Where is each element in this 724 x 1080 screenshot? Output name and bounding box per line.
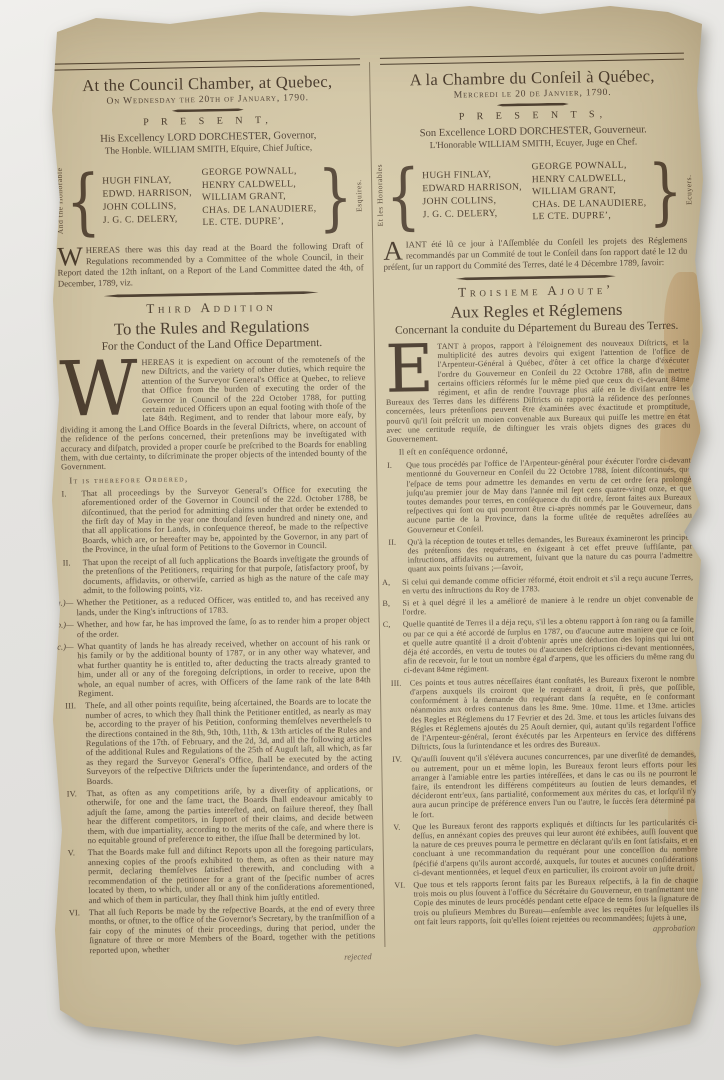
article-number: A, [382, 577, 390, 586]
article-number: I. [61, 489, 66, 498]
article-item: VI.That all ſuch Reports be made by the … [69, 903, 376, 955]
honorable-side-label: And the Honorable [55, 168, 65, 235]
article-number: II. [388, 538, 396, 547]
article-item: a.)—Whether the Petitioner, as a reduced… [63, 594, 369, 618]
article-item: VI.Que tous et tels rapports ſeront fait… [394, 875, 699, 926]
member-name: CHAs. DE LANAUDIERE, [532, 197, 646, 212]
article-number: a.)— [56, 599, 73, 609]
top-rule [54, 58, 360, 70]
council-members-block: Et les Honorables { HUGH FINLAY,EDWARD H… [382, 150, 687, 235]
body-paragraph: WHEREAS it is expedient on account of th… [59, 354, 367, 472]
member-name: J. G. C. DELERY, [103, 212, 193, 227]
preamble-paragraph: AIANT été lû ce jour à l'Aſſemblée du Co… [383, 234, 688, 272]
article-item: V.Que les Bureaux feront des rapports ex… [393, 817, 698, 878]
names-divider [196, 168, 197, 230]
article-text: Whether, and how far, he has improved th… [77, 615, 370, 639]
section-rule [104, 291, 319, 298]
article-text: That all ſuch Reports be made by the reſ… [89, 903, 376, 955]
council-members-right: GEORGE POWNALL,HENRY CALDWELL,WILLIAM GR… [201, 165, 316, 230]
column-french: A la Chambre du Conſeil à Québec, Mercre… [380, 53, 699, 938]
article-text: Qu'auſſi ſouvent qu'il s'élévera aucunes… [411, 750, 697, 819]
article-item: V.That the Boards make full and diſtinct… [68, 844, 375, 906]
article-item: III.Theſe, and all other points requiſit… [65, 697, 372, 787]
article-number: VI. [394, 881, 405, 890]
section-rule [172, 108, 244, 112]
articles-list: I.Que tous procédés par l'office de l'Ar… [387, 456, 699, 927]
member-name: LE CTE. DUPRE’, [532, 210, 646, 225]
present-heading: P R E S E N T, [55, 113, 361, 130]
honorable-side-label: Et les Honorables [375, 164, 385, 227]
document-page: At the Council Chamber, at Quebec, On We… [0, 0, 724, 1080]
article-text: Quelle quantité de Terres il a déja reçu… [403, 615, 695, 675]
dropcap: W [57, 245, 86, 267]
dropcap: E [385, 342, 438, 395]
preamble-text: HEREAS there was this day read at the Bo… [58, 240, 364, 288]
ecuyers-side-label: Ecuyers. [684, 175, 694, 206]
article-text: Theſe, and all other points requiſite, b… [85, 697, 372, 786]
article-number: II. [63, 558, 71, 568]
article-item: III.Ces points et tous autres néceſſaire… [391, 673, 696, 752]
article-text: Si et à quel dégré il les a amélioré de … [402, 594, 693, 617]
article-text: Qu'à la réception de toutes et telles de… [407, 532, 692, 574]
member-name: EDWD. HARRISON, [102, 186, 192, 201]
member-name: J. G. C. DELERY, [423, 206, 523, 221]
article-number: IV. [392, 755, 402, 764]
article-item: IV.Qu'auſſi ſouvent qu'il s'élévera aucu… [392, 750, 697, 820]
article-text: That all proceedings by the Surveyor Gen… [81, 484, 368, 554]
article-number: III. [391, 678, 402, 687]
article-number: C, [383, 620, 391, 629]
page-content: At the Council Chamber, at Quebec, On We… [0, 0, 724, 1080]
article-item: II.That upon the receipt of all ſuch app… [63, 553, 370, 596]
left-brace: { [386, 159, 422, 232]
council-members-left: HUGH FINLAY,EDWARD HARRISON,JOHN COLLINS… [422, 167, 523, 221]
article-text: Que tous et tels rapports ſeront faits p… [413, 875, 699, 926]
article-number: III. [65, 702, 76, 712]
article-number: IV. [67, 789, 77, 799]
preamble-text: IANT été lû ce jour à l'Aſſemblée du Con… [383, 234, 687, 271]
left-brace: { [66, 164, 102, 237]
article-text: That upon the receipt of all ſuch applic… [83, 553, 369, 595]
member-name: CHAs. DE LANAUDIERE, [202, 203, 316, 218]
article-item: I.Que tous procédés par l'office de l'Ar… [387, 456, 692, 535]
article-text: Que tous procédés par l'office de l'Arpe… [406, 456, 692, 534]
dropcap: A [383, 239, 406, 261]
article-item: c.)—What quantity of lands he has alread… [64, 637, 371, 699]
member-name: LE. CTE. DUPRE’, [202, 216, 316, 231]
article-text: Whether the Petitioner, as a reduced Off… [76, 594, 369, 618]
article-number: V. [393, 822, 400, 831]
article-item: B,Si et à quel dégré il les a amélioré d… [389, 594, 693, 618]
article-text: Ces points et tous autres néceſſaires ét… [410, 673, 696, 751]
article-number: b.)— [57, 621, 74, 631]
article-text: What quantity of lands he has already re… [77, 637, 371, 698]
present-heading: P R E S E N T S, [381, 107, 685, 124]
article-item: IV.That, as often as any competitions ar… [67, 784, 374, 846]
paper-shadow: At the Council Chamber, at Quebec, On We… [0, 0, 724, 1080]
council-members-block: And the Honorable { HUGH FINLAY,EDWD. HA… [56, 156, 363, 241]
preamble-paragraph: WHEREAS there was this day read at the B… [57, 240, 364, 289]
top-rule [380, 53, 684, 65]
article-text: That, as often as any competitions ariſe… [87, 784, 374, 845]
esquires-side-label: Esquires. [354, 180, 364, 213]
names-divider [527, 162, 528, 224]
article-text: Que les Bureaux feront des rapports expl… [412, 817, 698, 877]
dropcap: W [59, 358, 142, 417]
right-brace: } [317, 160, 353, 233]
photo-background: At the Council Chamber, at Quebec, On We… [0, 0, 724, 1080]
article-text: Si celui qui demande comme officier réfo… [402, 572, 693, 595]
column-english: At the Council Chamber, at Quebec, On We… [54, 58, 376, 966]
articles-list: I.That all proceedings by the Surveyor G… [61, 484, 375, 955]
body-paragraph: ETANT à propos, rapport à l'éloignement … [385, 338, 691, 445]
article-item: II.Qu'à la réception de toutes et telles… [388, 532, 693, 574]
article-number: B, [382, 599, 390, 608]
article-text: That the Boards make full and diſtinct R… [88, 844, 375, 905]
article-item: b.)—Whether, and how far, he has improve… [64, 615, 370, 639]
article-item: C,Quelle quantité de Terres il a déja re… [390, 615, 695, 676]
article-number: c.)— [57, 642, 74, 652]
section-rule [497, 103, 569, 107]
article-number: V. [68, 849, 75, 859]
member-name: EDWARD HARRISON, [422, 180, 522, 195]
council-members-right: GEORGE POWNALL,HENRY CALDWELL,WILLIAM GR… [532, 159, 647, 224]
council-members-left: HUGH FINLAY,EDWD. HARRISON,JOHN COLLINS,… [102, 173, 192, 227]
article-number: I. [387, 461, 392, 470]
article-item: A,Si celui qui demande comme officier ré… [389, 572, 693, 596]
right-brace: } [647, 154, 683, 227]
article-item: I.That all proceedings by the Surveyor G… [61, 484, 368, 555]
section-rule [456, 274, 616, 280]
article-number: VI. [69, 908, 80, 918]
